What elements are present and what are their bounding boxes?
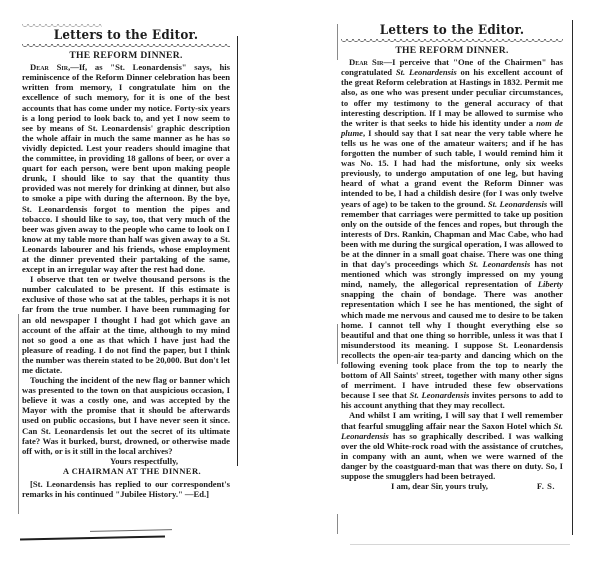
column-rule bbox=[337, 24, 338, 60]
letter-paragraph: Dear Sir—I perceive that "One of the Cha… bbox=[341, 57, 563, 410]
salutation: Dear Sir bbox=[349, 57, 384, 67]
closing-row: I am, dear Sir, yours truly, F. S. bbox=[341, 481, 563, 491]
letter-title: THE REFORM DINNER. bbox=[341, 46, 563, 56]
letter-paragraph: And whilst I am writing, I will say that… bbox=[341, 410, 563, 481]
ornament-rule bbox=[341, 39, 563, 44]
column-rule bbox=[18, 314, 19, 514]
editor-note: [St. Leonardensis has replied to our cor… bbox=[22, 479, 230, 499]
ornament-rule bbox=[22, 44, 230, 49]
letter-paragraph: Dear Sir,—If, as "St. Leonardensis" says… bbox=[22, 62, 230, 274]
column-rule bbox=[337, 324, 338, 364]
letter-clipping-left: Letters to the Editor. THE REFORM DINNER… bbox=[22, 24, 230, 514]
bottom-rule bbox=[20, 535, 165, 540]
signature: F. S. bbox=[537, 481, 555, 491]
salutation: Dear Sir, bbox=[30, 62, 70, 72]
closing-line: I am, dear Sir, yours truly, bbox=[341, 481, 488, 491]
column-rule bbox=[337, 514, 338, 534]
letter-clipping-right: Letters to the Editor. THE REFORM DINNER… bbox=[341, 24, 563, 524]
column-rule bbox=[572, 20, 574, 535]
column-rule bbox=[237, 36, 239, 466]
bottom-rule bbox=[350, 544, 570, 545]
letter-title: THE REFORM DINNER. bbox=[22, 51, 230, 61]
bottom-rule bbox=[90, 529, 172, 532]
masthead-heading: Letters to the Editor. bbox=[350, 26, 554, 36]
masthead-heading: Letters to the Editor. bbox=[30, 31, 221, 41]
signature: A CHAIRMAN AT THE DINNER. bbox=[22, 466, 228, 476]
closing-line: Yours respectfully, bbox=[22, 456, 230, 466]
letter-paragraph: Touching the incident of the new flag or… bbox=[22, 375, 230, 456]
letter-paragraph: I observe that ten or twelve thousand pe… bbox=[22, 274, 230, 375]
